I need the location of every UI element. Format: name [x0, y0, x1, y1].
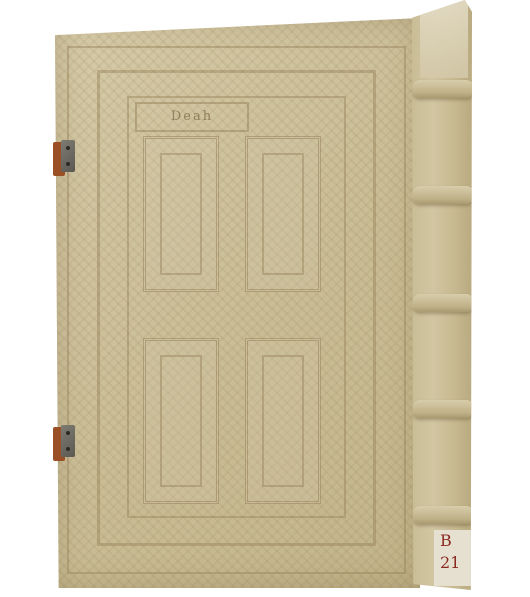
panel-bottom-right [245, 338, 321, 504]
raised-band [412, 506, 474, 524]
clasp-plate [61, 425, 75, 457]
book-spine: B 21 [412, 0, 472, 590]
clasp-icon [53, 140, 75, 178]
shelf-label: B 21 [434, 530, 472, 586]
raised-band [412, 400, 474, 418]
clasp-plate [61, 140, 75, 172]
raised-band [412, 294, 474, 312]
raised-band [412, 80, 474, 98]
panel-top-right [245, 136, 321, 292]
tooled-title: Deah [135, 102, 249, 132]
clasp-icon [53, 425, 75, 463]
panel-bottom-left [143, 338, 219, 504]
book-front-cover: Deah [55, 18, 420, 588]
raised-band [412, 186, 474, 204]
panel-top-left [143, 136, 219, 292]
photo-stage: Deah B 21 [0, 0, 530, 597]
worn-spine-head [420, 0, 468, 78]
